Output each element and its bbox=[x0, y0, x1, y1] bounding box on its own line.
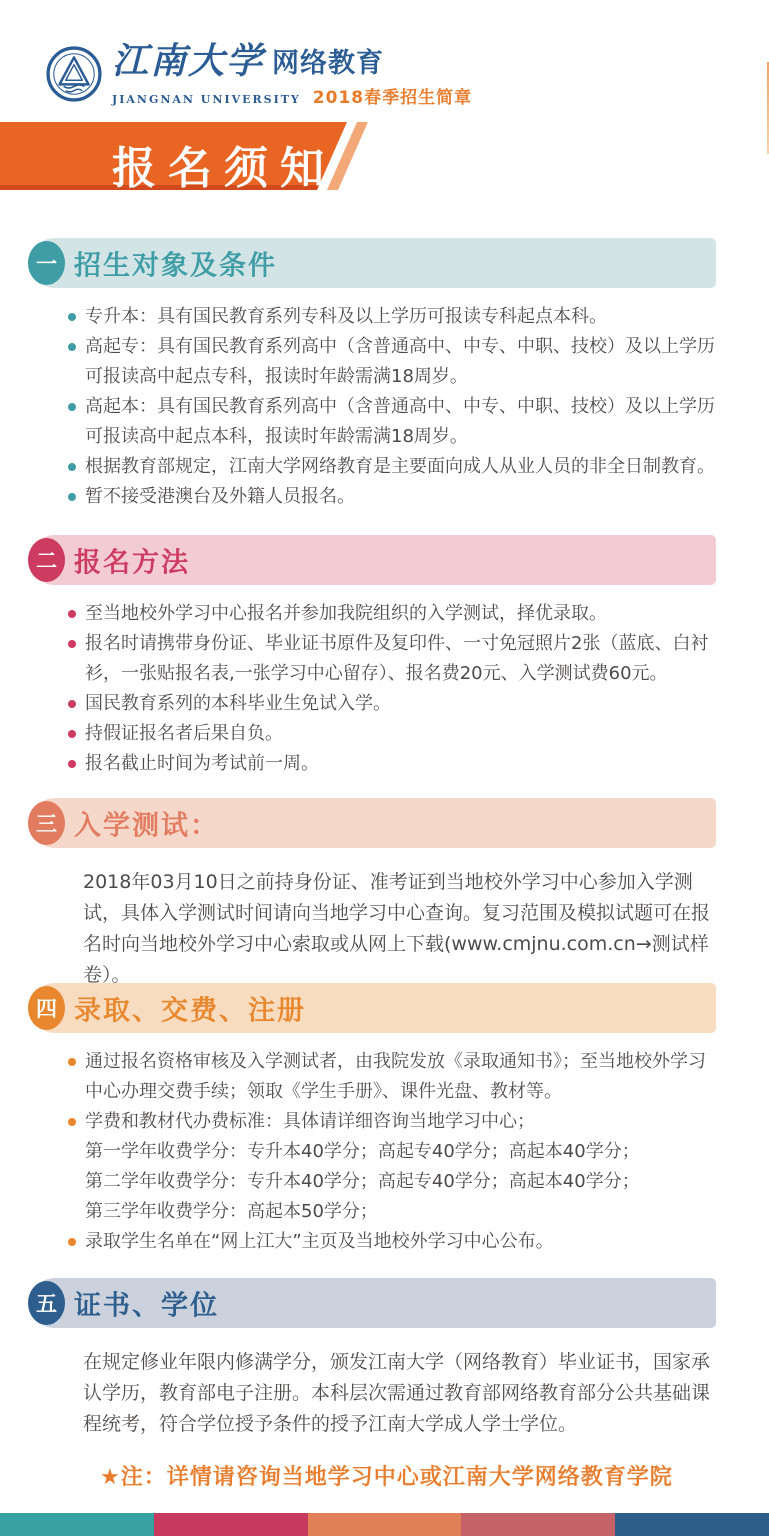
bullet-dot-icon bbox=[68, 493, 76, 501]
section-number-badge: 三 bbox=[28, 801, 65, 845]
banner-title: 报名须知 bbox=[112, 132, 336, 196]
list-item: 录取学生名单在“网上江大”主页及当地校外学习中心公布。 bbox=[68, 1227, 723, 1257]
list-item-text: 录取学生名单在“网上江大”主页及当地校外学习中心公布。 bbox=[85, 1231, 554, 1252]
bullet-list: 通过报名资格审核及入学测试者，由我院发放《录取通知书》；至当地校外学习中心办理交… bbox=[68, 1047, 723, 1257]
list-item-text: 报名截止时间为考试前一周。 bbox=[85, 753, 319, 774]
section-admission-payment-registration: 四 录取、交费、注册 通过报名资格审核及入学测试者，由我院发放《录取通知书》；至… bbox=[0, 983, 769, 1257]
list-item: 持假证报名者后果自负。 bbox=[68, 719, 723, 749]
section-paragraph: 2018年03月10日之前持身份证、准考证到当地校外学习中心参加入学测试，具体入… bbox=[83, 867, 715, 991]
list-item: 高起本：具有国民教育系列高中（含普通高中、中专、中职、技校）及以上学历可报读高中… bbox=[68, 392, 723, 452]
section-certificate-degree: 五 证书、学位 在规定修业年限内修满学分，颁发江南大学（网络教育）毕业证书，国家… bbox=[0, 1278, 769, 1440]
section-header: 二 报名方法 bbox=[30, 535, 716, 585]
header-logo: 江南大学 网络教育 JIANGNAN UNIVERSITY 2018春季招生简章 bbox=[46, 42, 472, 108]
section-title: 证书、学位 bbox=[74, 1284, 219, 1323]
university-seal-icon bbox=[46, 44, 102, 104]
section-header: 五 证书、学位 bbox=[30, 1278, 716, 1328]
bullet-dot-icon bbox=[68, 1118, 76, 1126]
page: 江南大学 网络教育 JIANGNAN UNIVERSITY 2018春季招生简章… bbox=[0, 0, 769, 1536]
list-item-text: 至当地校外学习中心报名并参加我院组织的入学测试，择优录取。 bbox=[85, 603, 607, 624]
footnote: ★注：详情请咨询当地学习中心或江南大学网络教育学院 bbox=[100, 1460, 673, 1491]
university-name-en: JIANGNAN UNIVERSITY bbox=[112, 93, 301, 106]
list-item: 通过报名资格审核及入学测试者，由我院发放《录取通知书》；至当地校外学习中心办理交… bbox=[68, 1047, 723, 1107]
section-title: 录取、交费、注册 bbox=[74, 989, 306, 1028]
university-name-calligraphy: 江南大学 bbox=[112, 42, 264, 80]
bullet-list: 专升本：具有国民教育系列专科及以上学历可报读专科起点本科。 高起专：具有国民教育… bbox=[68, 302, 723, 512]
list-item-text: 国民教育系列的本科毕业生免试入学。 bbox=[85, 693, 391, 714]
bullet-dot-icon bbox=[68, 343, 76, 351]
section-header: 四 录取、交费、注册 bbox=[30, 983, 716, 1033]
list-item: 暂不接受港澳台及外籍人员报名。 bbox=[68, 482, 723, 512]
strip-segment bbox=[308, 1513, 462, 1536]
bullet-dot-icon bbox=[68, 640, 76, 648]
list-item: 报名时请携带身份证、毕业证书原件及复印件、一寸免冠照片2张（蓝底、白衬衫，一张贴… bbox=[68, 629, 723, 689]
list-item-text: 持假证报名者后果自负。 bbox=[85, 723, 283, 744]
section-admission-targets: 一 招生对象及条件 专升本：具有国民教育系列专科及以上学历可报读专科起点本科。 … bbox=[0, 238, 769, 512]
bullet-dot-icon bbox=[68, 313, 76, 321]
section-paragraph: 在规定修业年限内修满学分，颁发江南大学（网络教育）毕业证书，国家承认学历，教育部… bbox=[83, 1347, 715, 1440]
section-number-badge: 五 bbox=[28, 1281, 65, 1325]
list-item-text: 根据教育部规定，江南大学网络教育是主要面向成人从业人员的非全日制教育。 bbox=[85, 456, 715, 477]
bullet-dot-icon bbox=[68, 700, 76, 708]
section-title: 报名方法 bbox=[74, 541, 190, 580]
bullet-dot-icon bbox=[68, 403, 76, 411]
list-item-text: 高起本：具有国民教育系列高中（含普通高中、中专、中职、技校）及以上学历可报读高中… bbox=[85, 396, 715, 447]
list-item-text: 通过报名资格审核及入学测试者，由我院发放《录取通知书》；至当地校外学习中心办理交… bbox=[85, 1051, 706, 1102]
bullet-dot-icon bbox=[68, 730, 76, 738]
logo-text-block: 江南大学 网络教育 JIANGNAN UNIVERSITY 2018春季招生简章 bbox=[112, 42, 472, 108]
list-item-text: 高起专：具有国民教育系列高中（含普通高中、中专、中职、技校）及以上学历可报读高中… bbox=[85, 336, 715, 387]
strip-segment bbox=[0, 1513, 154, 1536]
list-item: 根据教育部规定，江南大学网络教育是主要面向成人从业人员的非全日制教育。 bbox=[68, 452, 723, 482]
section-number-badge: 二 bbox=[28, 538, 65, 582]
strip-segment bbox=[154, 1513, 308, 1536]
list-item-text: 暂不接受港澳台及外籍人员报名。 bbox=[85, 486, 355, 507]
section-title: 入学测试： bbox=[74, 804, 219, 843]
list-item-text: 报名时请携带身份证、毕业证书原件及复印件、一寸免冠照片2张（蓝底、白衬衫，一张贴… bbox=[85, 633, 708, 684]
section-header: 三 入学测试： bbox=[30, 798, 716, 848]
section-number-badge: 一 bbox=[28, 241, 65, 285]
bullet-list: 至当地校外学习中心报名并参加我院组织的入学测试，择优录取。 报名时请携带身份证、… bbox=[68, 599, 723, 779]
strip-segment bbox=[615, 1513, 769, 1536]
admission-season-subtitle: 2018春季招生简章 bbox=[313, 83, 472, 108]
bullet-dot-icon bbox=[68, 463, 76, 471]
bullet-dot-icon bbox=[68, 610, 76, 618]
section-number-badge: 四 bbox=[28, 986, 65, 1030]
section-entrance-test: 三 入学测试： 2018年03月10日之前持身份证、准考证到当地校外学习中心参加… bbox=[0, 798, 769, 991]
strip-segment bbox=[461, 1513, 615, 1536]
bullet-dot-icon bbox=[68, 1238, 76, 1246]
list-item: 报名截止时间为考试前一周。 bbox=[68, 749, 723, 779]
bullet-dot-icon bbox=[68, 760, 76, 768]
footer-color-strip bbox=[0, 1513, 769, 1536]
section-title: 招生对象及条件 bbox=[74, 244, 277, 283]
list-item: 高起专：具有国民教育系列高中（含普通高中、中专、中职、技校）及以上学历可报读高中… bbox=[68, 332, 723, 392]
notice-banner: 报名须知 bbox=[0, 122, 420, 190]
section-header: 一 招生对象及条件 bbox=[30, 238, 716, 288]
bullet-dot-icon bbox=[68, 1058, 76, 1066]
list-item: 学费和教材代办费标准：具体请详细咨询当地学习中心； 第一学年收费学分：专升本40… bbox=[68, 1107, 723, 1227]
list-item: 至当地校外学习中心报名并参加我院组织的入学测试，择优录取。 bbox=[68, 599, 723, 629]
list-item: 专升本：具有国民教育系列专科及以上学历可报读专科起点本科。 bbox=[68, 302, 723, 332]
list-item: 国民教育系列的本科毕业生免试入学。 bbox=[68, 689, 723, 719]
list-item-text: 学费和教材代办费标准：具体请详细咨询当地学习中心； 第一学年收费学分：专升本40… bbox=[85, 1111, 640, 1222]
list-item-text: 专升本：具有国民教育系列专科及以上学历可报读专科起点本科。 bbox=[85, 306, 607, 327]
section-registration-method: 二 报名方法 至当地校外学习中心报名并参加我院组织的入学测试，择优录取。 报名时… bbox=[0, 535, 769, 779]
program-name: 网络教育 bbox=[272, 48, 384, 80]
